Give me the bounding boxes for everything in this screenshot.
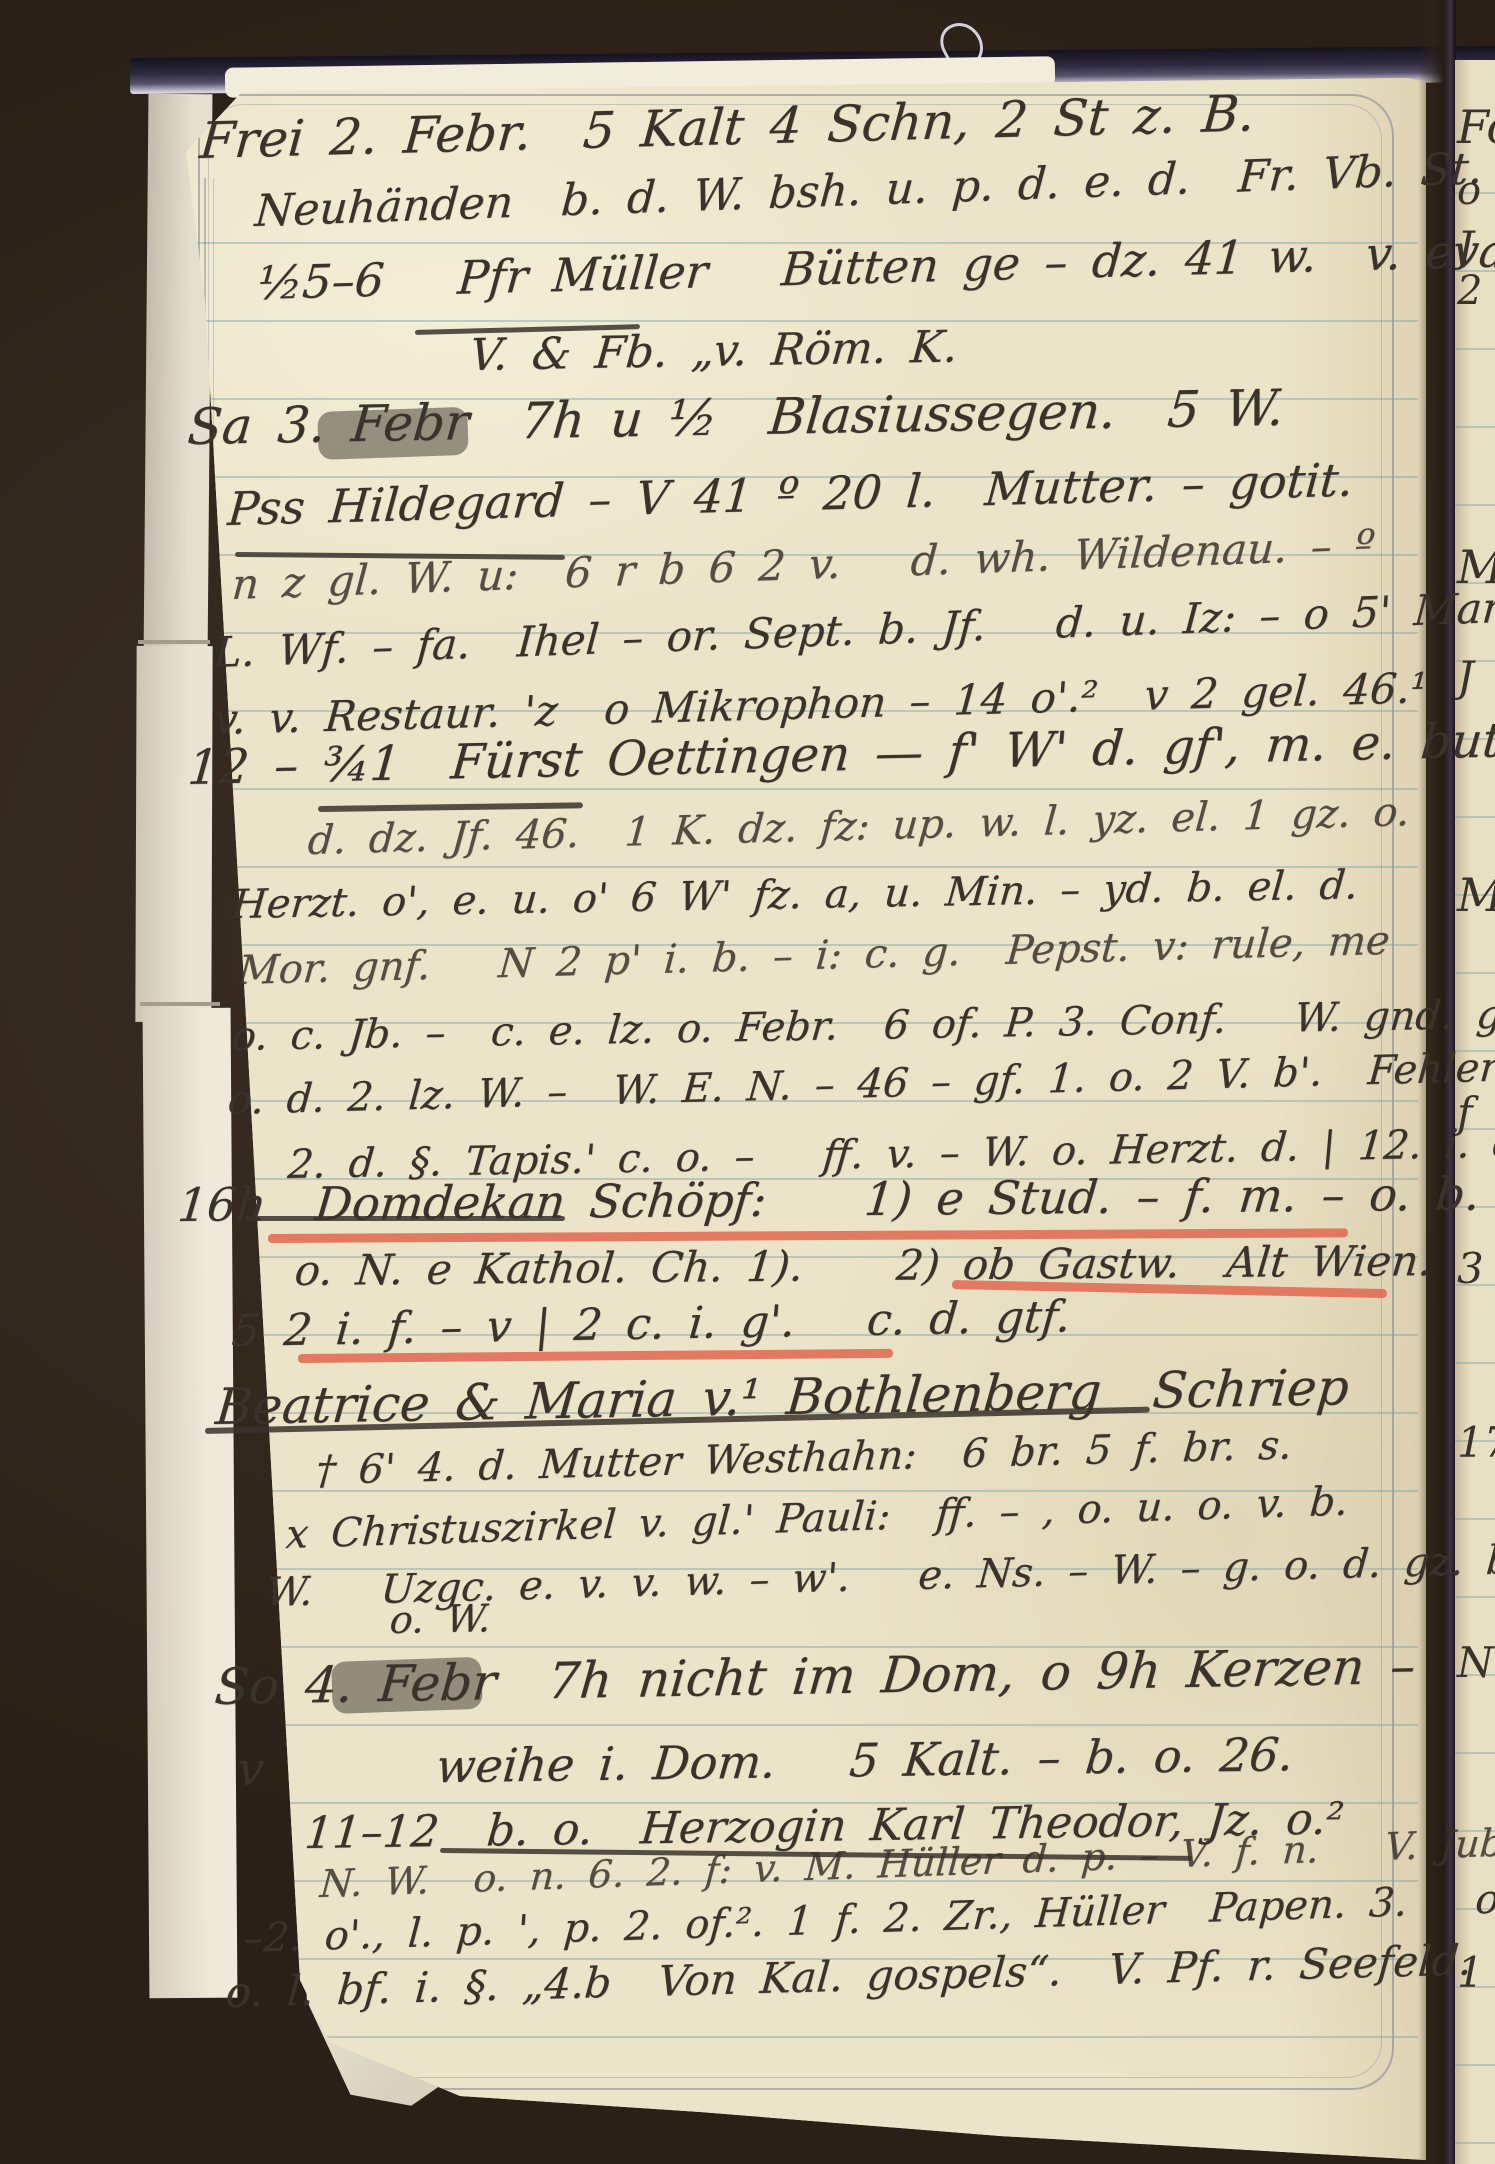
handwriting-line: d. dz. Jf. 46. 1 K. dz. fz: up. w. l. yz… bbox=[306, 789, 1411, 864]
handwriting-layer: Frei 2. Febr. 5 Kalt 4 Schn, 2 St z. B.N… bbox=[0, 0, 1495, 2164]
handwriting-line: Sa 3. Febr 7h u ½ Blasiussegen. 5 W. bbox=[185, 379, 1286, 456]
handwriting-line: 16h Domdekan Schöpf: 1) e Stud. – f. m. … bbox=[175, 1167, 1482, 1232]
handwriting-line: Mor. gnf. N 2 p' i. b. – i: c. g. Pepst.… bbox=[236, 918, 1391, 994]
handwriting-line: 5 2 i. f. – v | 2 c. i. g'. c. d. gtf. bbox=[230, 1291, 1073, 1357]
handwriting-line: o. N. e Kathol. Ch. 1). 2) ob Gastw. Alt… bbox=[293, 1236, 1435, 1295]
handwriting-line: o. W. bbox=[388, 1596, 493, 1642]
handwriting-line: So 4. Febr 7h nicht im Dom, o 9h Kerzen … bbox=[212, 1637, 1417, 1716]
photo-scene: FooJ2MJMf317N1 Frei 2. Febr. 5 Kalt 4 Sc… bbox=[0, 0, 1495, 2164]
handwriting-line: Herzt. o', e. u. o' 6 W' fz. a, u. Min. … bbox=[230, 862, 1360, 928]
handwriting-line: ½5–6 Pfr Müller Bütten ge – dz. 41 w. v.… bbox=[256, 221, 1495, 310]
handwriting-line: V. & Fb. „v. Röm. K. bbox=[468, 321, 960, 381]
handwriting-line: † 6' 4. d. Mutter Westhahn: 6 br. 5 f. b… bbox=[314, 1422, 1294, 1494]
handwriting-line: v weihe i. Dom. 5 Kalt. – b. o. 26. bbox=[236, 1727, 1296, 1796]
handwriting-line: Pss Hildegard – V 41 º 20 l. Mutter. – g… bbox=[226, 452, 1355, 536]
